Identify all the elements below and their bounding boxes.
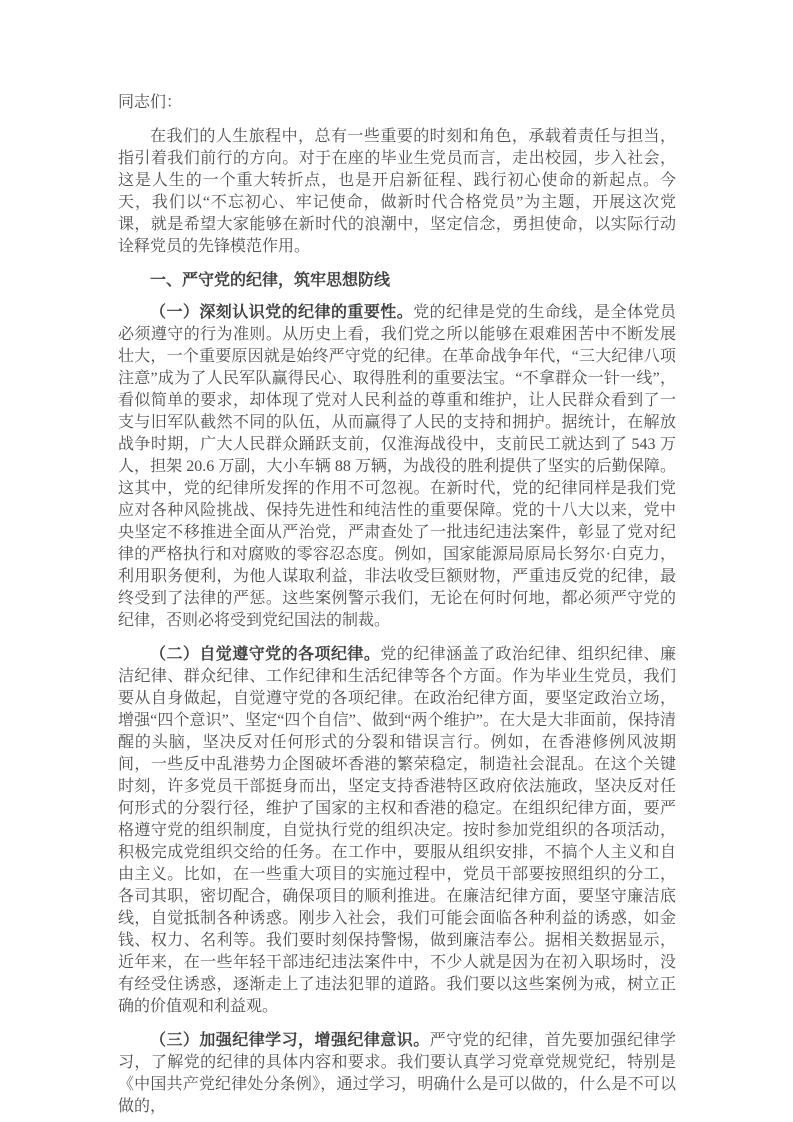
section-1-heading: 一、严守党的纪律，筑牢思想防线 <box>118 270 676 292</box>
subsection-1-lead: （一）深刻认识党的纪律的重要性。 <box>150 304 413 321</box>
intro-paragraph: 在我们的人生旅程中，总有一些重要的时刻和角色，承载着责任与担当，指引着我们前行的… <box>118 126 676 258</box>
subsection-3-lead: （三）加强纪律学习，增强纪律意识。 <box>150 1032 430 1049</box>
salutation: 同志们： <box>118 92 676 114</box>
document-page: 同志们： 在我们的人生旅程中，总有一些重要的时刻和角色，承载着责任与担当，指引着… <box>0 0 793 1122</box>
subsection-2-lead: （二）自觉遵守党的各项纪律。 <box>150 646 380 663</box>
subsection-1-body: 党的纪律是党的生命线，是全体党员必须遵守的行为准则。从历史上看，我们党之所以能够… <box>118 304 676 629</box>
subsection-2-body: 党的纪律涵盖了政治纪律、组织纪律、廉洁纪律、群众纪律、工作纪律和生活纪律等各个方… <box>118 646 676 1015</box>
subsection-1-paragraph: （一）深刻认识党的纪律的重要性。党的纪律是党的生命线，是全体党员必须遵守的行为准… <box>118 302 676 632</box>
subsection-2-paragraph: （二）自觉遵守党的各项纪律。党的纪律涵盖了政治纪律、组织纪律、廉洁纪律、群众纪律… <box>118 644 676 1018</box>
subsection-3-paragraph: （三）加强纪律学习，增强纪律意识。严守党的纪律，首先要加强纪律学习，了解党的纪律… <box>118 1030 676 1118</box>
